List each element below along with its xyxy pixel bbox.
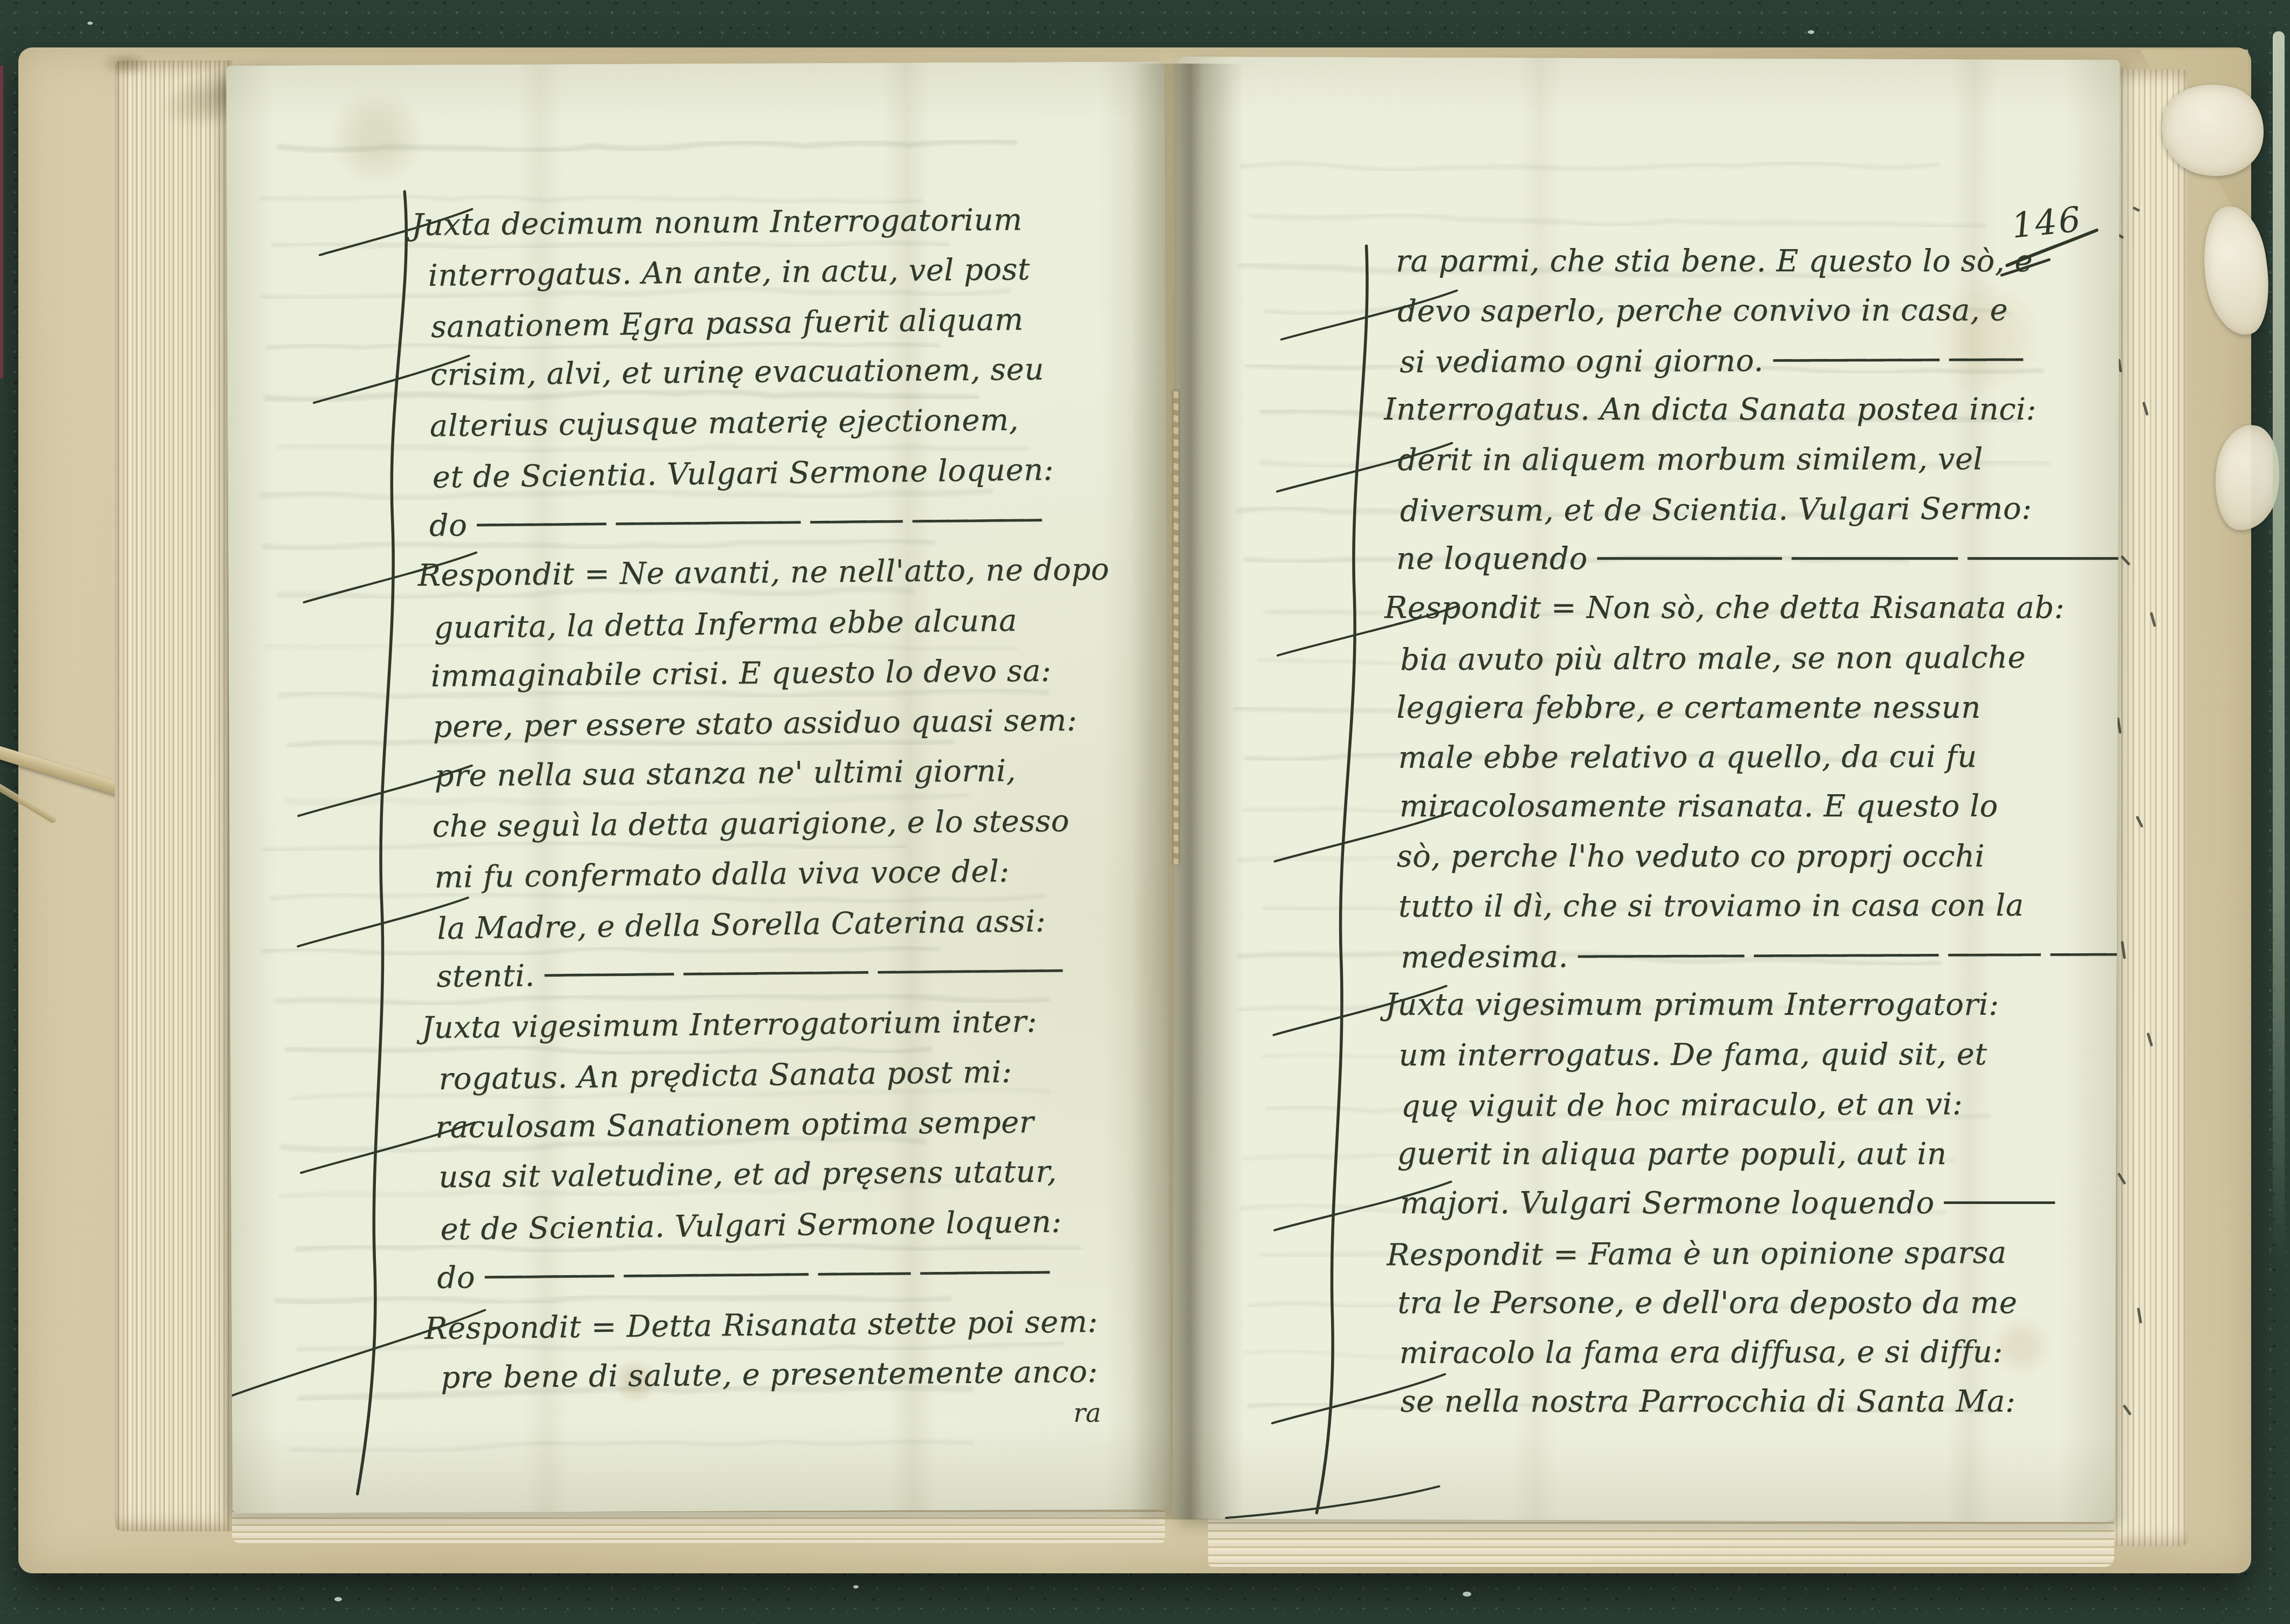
manuscript-line: raculosam Sanationem optima semper [435,1097,1113,1153]
left-page-text: Juxta decimum nonum Interrogatoriuminter… [413,194,1116,1404]
manuscript-line: medesima. ───────── ────────── ───── ───… [1401,930,2120,982]
manuscript-line: rogatus. An prędicta Sanata post mi: [438,1045,1116,1104]
manuscript-line: miracolosamente risanata. E questo lo [1400,782,2120,831]
manuscript-line: derit in aliquem morbum similem, vel [1397,435,2120,485]
manuscript-line: sanationem Ęgra passa fuerit aliquam [430,293,1108,352]
manuscript-line: Respondit = Ne avanti, ne nell'atto, ne … [417,545,1109,601]
gutter-shadow [1130,64,1245,1519]
page-stack-bottom-edges-left [232,1508,1165,1543]
manuscript-line: ra parmi, che stia bene. E questo lo sò,… [1396,237,2120,286]
manuscript-line: crisim, alvi, et urinę evacuationem, seu [430,344,1107,400]
lint-speck [1463,1592,1471,1597]
manuscript-line: pere, per essere stato assiduo quasi sem… [433,695,1110,752]
edge-highlight-strip [2273,31,2285,1261]
lint-speck [853,1585,859,1588]
manuscript-line: Juxta vigesimum Interrogatorium inter: [421,996,1113,1053]
right-page: 146 ra parmi, che stia bene. E questo lo… [1172,57,2120,1522]
manuscript-line: diversum, et de Scientia. Vulgari Sermo: [1400,484,2120,536]
manuscript-line: Juxta decimum nonum Interrogatorium [412,194,1103,250]
manuscript-line: interrogatus. An ante, in actu, vel post [428,244,1105,301]
manuscript-line: Respondit = Non sò, che detta Risanata a… [1384,583,2120,633]
manuscript-line: sò, perche l'ho veduto co proprj occhi [1397,832,2120,882]
manuscript-line: do ─────── ────────── ───── ─────── [437,1247,1114,1303]
manuscript-line: um interrogatus. De fama, quid sit, et [1398,1030,2120,1081]
manuscript-line: Juxta vigesimum primum Interrogatori: [1385,980,2120,1030]
manuscript-line: immaginabile crisi. E questo lo devo sa: [430,645,1108,701]
ink-smudge [100,52,150,75]
manuscript-line: male ebbe relativo a quello, da cui fu [1398,732,2120,783]
manuscript-line: Respondit = Fama è un opinione sparsa [1387,1228,2120,1280]
manuscript-line: Respondit = Detta Risanata stette poi se… [424,1297,1116,1354]
lint-speck [87,22,93,25]
right-page-text: ra parmi, che stia bene. E questo lo sò,… [1383,236,2120,1428]
manuscript-line: mi fu confermato dalla viva voce del: [434,845,1112,903]
manuscript-line: stenti. ─────── ────────── ────────── [436,946,1114,1002]
binding-thread [1174,390,1178,865]
manuscript-line: che seguì la detta guarigione, e lo stes… [432,796,1109,852]
manuscript-line: guerit in aliqua parte populi, aut in [1397,1130,2120,1179]
manuscript-line: tutto il dì, che si troviamo in casa con… [1398,881,2120,932]
manuscript-line: et de Scientia. Vulgari Sermone loquen: [440,1196,1117,1255]
manuscript-line: majori. Vulgari Sermone loquendo ────── [1400,1179,2120,1228]
manuscript-line: si vediamo ogni giorno. ───────── ──── [1400,335,2120,387]
left-page: Juxta decimum nonum Interrogatoriuminter… [226,61,1171,1513]
manuscript-line: pre nella sua stanza ne' ultimi giorni, [434,745,1112,801]
page-stack-left-edges [115,60,232,1531]
manuscript-line: se nella nostra Parrocchia di Santa Ma: [1401,1377,2120,1427]
manuscript-line: do ─────── ────────── ───── ─────── [429,495,1106,551]
manuscript-line: quę viguit de hoc miraculo, et an vi: [1401,1079,2120,1131]
manuscript-line: pre bene di salute, e presentemente anco… [441,1347,1118,1403]
lint-speck [1808,30,1814,34]
manuscript-line: devo saperlo, perche convivo in casa, e [1397,286,2120,336]
manuscript-line: usa sit valetudine, et ad pręsens utatur… [438,1146,1116,1202]
manuscript-line: la Madre, e della Sorella Caterina assi: [437,895,1114,954]
manuscript-line: guarita, la detta Inferma ebbe alcuna [434,594,1111,653]
catchword: ra [1073,1398,1101,1428]
manuscript-line: Interrogatus. An dicta Sanata postea inc… [1384,385,2120,435]
manuscript-line: miracolo la fama era diffusa, e si diffu… [1399,1327,2120,1378]
manuscript-line: alterius cujusque materię ejectionem, [429,394,1107,451]
manuscript-line: bia avuto più altro male, se non qualche [1400,632,2120,685]
manuscript-line: et de Scientia. Vulgari Sermone loquen: [432,444,1109,503]
photo-edge-artifact [0,66,3,379]
manuscript-line: tra le Persone, e dell'ora deposto da me [1397,1278,2120,1328]
manuscript-line: ne loquendo ────────── ───────── ───────… [1396,534,2120,584]
manuscript-line: leggiera febbre, e certamente nessun [1396,683,2120,733]
lint-speck [334,1597,342,1601]
